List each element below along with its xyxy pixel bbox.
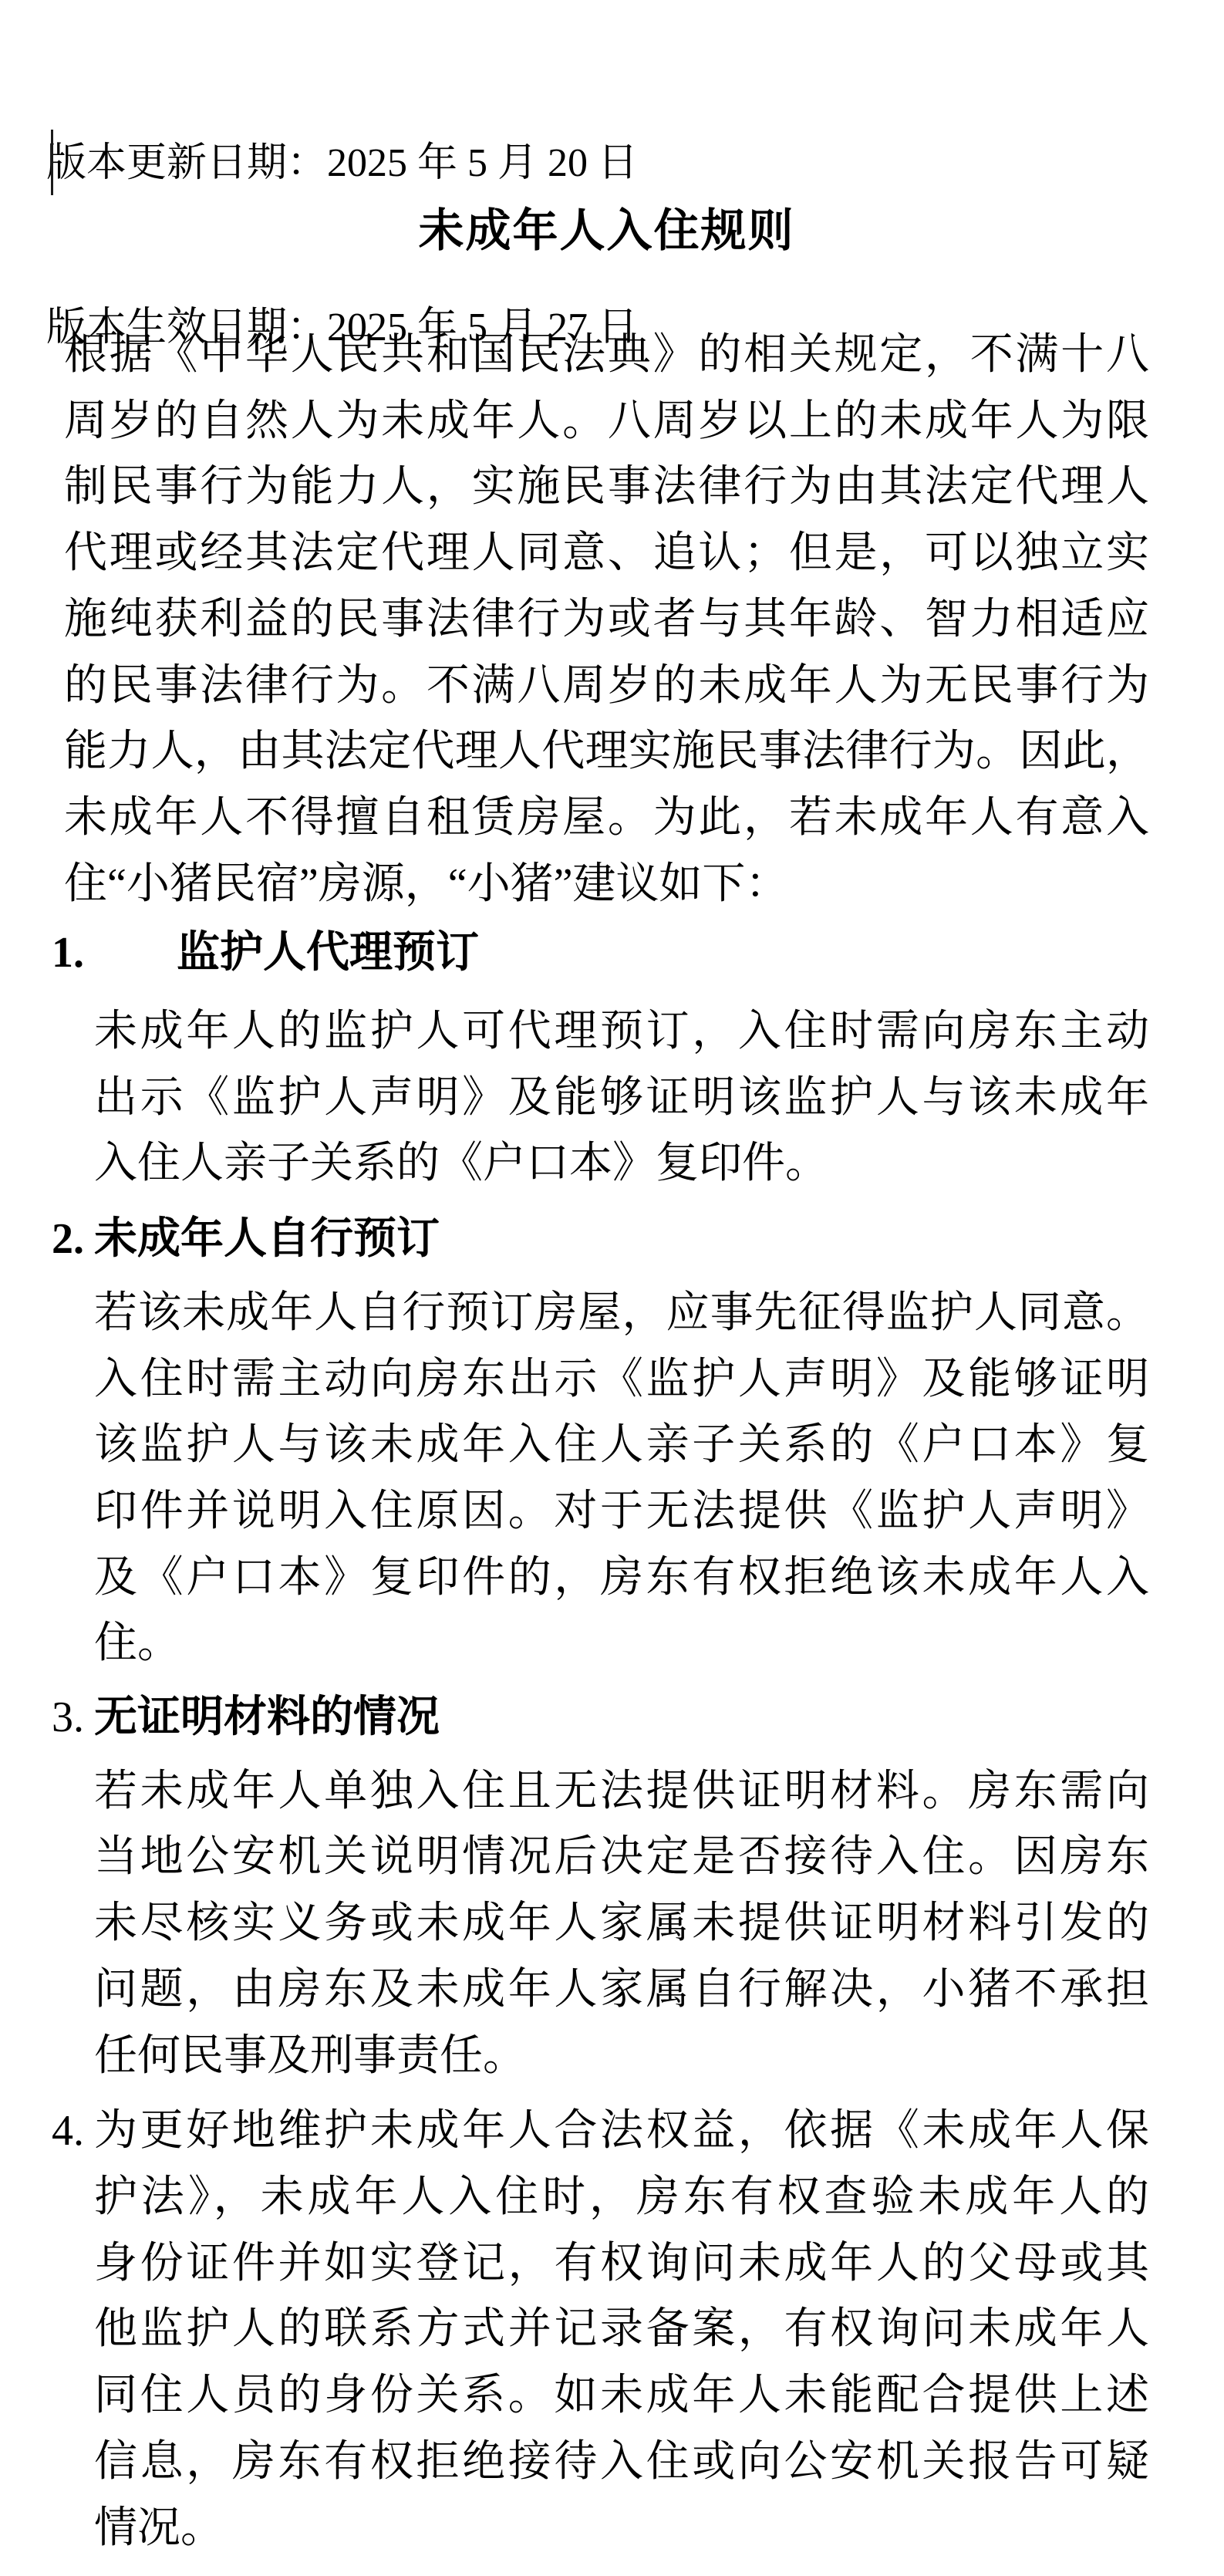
item-4-line: 他监护人的联系方式并记录备案，有权询问未成年人 <box>94 2297 1149 2363</box>
section-body-line: 未尽核实义务或未成年人家属未提供证明材料引发的 <box>94 1891 1149 1957</box>
item-4-line: 身份证件并如实登记，有权询问未成年人的父母或其 <box>94 2231 1149 2297</box>
version-update-line: 版本更新日期：2025 年 5 月 20 日 <box>46 136 638 191</box>
item-4-line: 同住人员的身份关系。如未成年人未能配合提供上述 <box>94 2363 1149 2429</box>
section-body-line: 未成年人的监护人可代理预订，入住时需向房东主动 <box>94 999 1149 1065</box>
section-1-heading: 1. 监护人代理预订 <box>64 920 1149 987</box>
section-2: 2. 未成年人自行预订 若该未成年人自行预订房屋，应事先征得监护人同意。 入住时… <box>64 1207 1149 1677</box>
section-3-body: 若未成年人单独入住且无法提供证明材料。房东需向 当地公安机关说明情况后决定是否接… <box>64 1759 1149 2090</box>
section-body-line: 该监护人与该未成年入住人亲子关系的《户口本》复 <box>94 1413 1149 1479</box>
intro-line: 代理或经其法定代理人同意、追认；但是，可以独立实 <box>64 521 1149 587</box>
item-4-number: 4. <box>52 2098 84 2165</box>
section-body-line: 及《户口本》复印件的，房东有权拒绝该未成年人入 <box>94 1545 1149 1612</box>
section-body-line: 若该未成年人自行预订房屋，应事先征得监护人同意。 <box>94 1281 1149 1347</box>
section-1-body: 未成年人的监护人可代理预订，入住时需向房东主动 出示《监护人声明》及能够证明该监… <box>64 999 1149 1197</box>
intro-line: 施纯获利益的民事法律行为或者与其年龄、智力相适应 <box>64 587 1149 653</box>
page-title: 未成年人入住规则 <box>0 205 1213 256</box>
intro-line: 周岁的自然人为未成年人。八周岁以上的未成年人为限 <box>64 389 1149 455</box>
section-body-line: 入住时需主动向房东出示《监护人声明》及能够证明 <box>94 1347 1149 1413</box>
item-4-line: 情况。 <box>94 2496 1149 2562</box>
item-4-line: 信息，房东有权拒绝接待入住或向公安机关报告可疑 <box>94 2429 1149 2496</box>
section-body-line: 印件并说明入住原因。对于无法提供《监护人声明》 <box>94 1479 1149 1545</box>
item-4-paragraph: 4. 为更好地维护未成年人合法权益，依据《未成年人保 护法》，未成年人入住时，房… <box>64 2098 1149 2561</box>
intro-line: 未成年人不得擅自租赁房屋。为此，若未成年人有意入 <box>64 785 1149 852</box>
section-body-line: 住。 <box>94 1611 1149 1677</box>
section-2-body: 若该未成年人自行预订房屋，应事先征得监护人同意。 入住时需主动向房东出示《监护人… <box>64 1281 1149 1677</box>
section-2-number: 2. <box>52 1207 84 1273</box>
item-4-line: 护法》，未成年人入住时，房东有权查验未成年人的 <box>94 2165 1149 2231</box>
document-body: 根据《中华人民共和国民法典》的相关规定，不满十八 周岁的自然人为未成年人。八周岁… <box>64 322 1149 2561</box>
intro-line: 能力人，由其法定代理人代理实施民事法律行为。因此， <box>64 719 1149 785</box>
section-body-line: 出示《监护人声明》及能够证明该监护人与该未成年 <box>94 1065 1149 1132</box>
section-1-number: 1. <box>52 920 84 987</box>
revision-bar <box>51 130 53 195</box>
intro-line: 制民事行为能力人，实施民事法律行为由其法定代理人 <box>64 454 1149 521</box>
section-body-line: 若未成年人单独入住且无法提供证明材料。房东需向 <box>94 1759 1149 1825</box>
intro-line: 的民事法律行为。不满八周岁的未成年人为无民事行为 <box>64 653 1149 720</box>
section-3: 3. 无证明材料的情况 若未成年人单独入住且无法提供证明材料。房东需向 当地公安… <box>64 1685 1149 2089</box>
intro-line: 根据《中华人民共和国民法典》的相关规定，不满十八 <box>64 322 1149 389</box>
section-body-line: 任何民事及刑事责任。 <box>94 2024 1149 2090</box>
section-body-line: 当地公安机关说明情况后决定是否接待入住。因房东 <box>94 1825 1149 1891</box>
intro-line: 住“小猪民宿”房源，“小猪”建议如下： <box>64 852 1149 918</box>
section-1-heading-text: 监护人代理预订 <box>94 929 479 977</box>
section-3-heading-text: 无证明材料的情况 <box>94 1693 440 1741</box>
section-2-heading-text: 未成年人自行预订 <box>94 1215 440 1263</box>
section-3-number: 3. <box>52 1685 84 1751</box>
document-page: 版本更新日期：2025 年 5 月 20 日 版本生效日期：2025 年 5 月… <box>0 0 1224 2576</box>
intro-paragraph: 根据《中华人民共和国民法典》的相关规定，不满十八 周岁的自然人为未成年人。八周岁… <box>64 322 1149 917</box>
section-body-line: 问题，由房东及未成年人家属自行解决，小猪不承担 <box>94 1957 1149 2024</box>
item-4-line: 为更好地维护未成年人合法权益，依据《未成年人保 <box>94 2098 1149 2165</box>
section-2-heading: 2. 未成年人自行预订 <box>64 1207 1149 1273</box>
section-3-heading: 3. 无证明材料的情况 <box>64 1685 1149 1751</box>
section-body-line: 入住人亲子关系的《户口本》复印件。 <box>94 1131 1149 1197</box>
section-1: 1. 监护人代理预订 未成年人的监护人可代理预订，入住时需向房东主动 出示《监护… <box>64 920 1149 1197</box>
